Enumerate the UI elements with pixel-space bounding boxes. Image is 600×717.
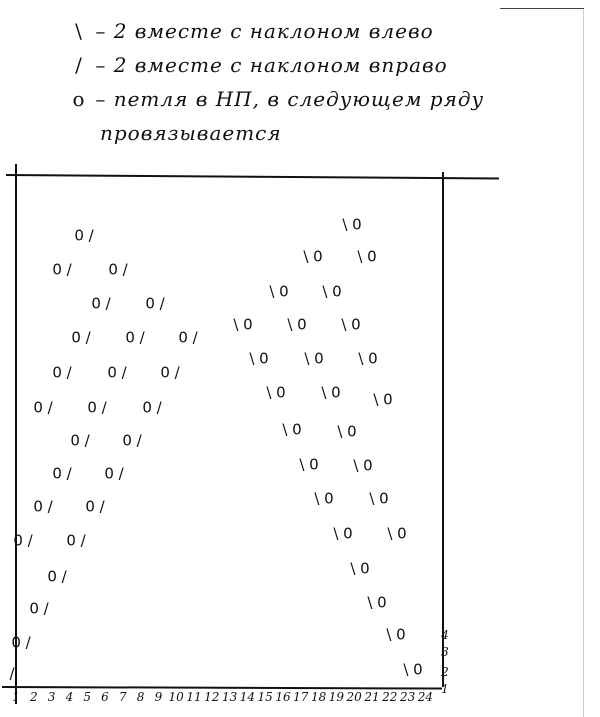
legend-item-yarn-over: о – петля в НП, в следующем ряду xyxy=(70,82,530,116)
column-number: 23 xyxy=(399,690,417,704)
page-edge xyxy=(583,8,584,717)
yarn-over-right-decrease-symbol: 0 / xyxy=(70,434,89,449)
yarn-over-right-decrease-symbol: 0 / xyxy=(142,401,161,416)
yarn-over-right-decrease-symbol: 0 / xyxy=(33,500,52,515)
legend: \ – 2 вместе с наклоном влево / – 2 вмес… xyxy=(70,14,530,150)
chart-right-border xyxy=(442,172,444,687)
left-slant-icon: \ xyxy=(70,14,88,48)
row-number: 4 xyxy=(438,628,452,642)
left-decrease-yarn-over-symbol: \ 0 xyxy=(403,663,422,678)
left-decrease-yarn-over-symbol: \ 0 xyxy=(314,492,333,507)
legend-text: – петля в НП, в следующем ряду xyxy=(95,87,484,111)
column-number: 2 xyxy=(25,690,43,704)
yarn-over-right-decrease-symbol: 0 / xyxy=(85,500,104,515)
left-decrease-yarn-over-symbol: \ 0 xyxy=(249,352,268,367)
left-decrease-yarn-over-symbol: \ 0 xyxy=(357,250,376,265)
left-decrease-yarn-over-symbol: \ 0 xyxy=(350,562,369,577)
left-decrease-yarn-over-symbol: \ 0 xyxy=(358,352,377,367)
yarn-over-right-decrease-symbol: 0 / xyxy=(71,331,90,346)
yarn-over-right-decrease-symbol: 0 / xyxy=(122,434,141,449)
legend-text: – 2 вместе с наклоном влево xyxy=(95,19,433,43)
legend-item-continuation: провязывается xyxy=(70,116,530,150)
legend-text: – 2 вместе с наклоном вправо xyxy=(95,53,447,77)
column-number: 21 xyxy=(363,690,381,704)
legend-text: провязывается xyxy=(100,121,282,145)
page-top-edge xyxy=(500,8,584,9)
left-decrease-yarn-over-symbol: \ 0 xyxy=(341,318,360,333)
column-number: 9 xyxy=(149,690,167,704)
left-decrease-yarn-over-symbol: \ 0 xyxy=(303,250,322,265)
column-number: 19 xyxy=(327,690,345,704)
yarn-over-right-decrease-symbol: / xyxy=(9,667,14,682)
yarn-over-right-decrease-symbol: 0 / xyxy=(52,263,71,278)
left-decrease-yarn-over-symbol: \ 0 xyxy=(321,386,340,401)
yarn-over-right-decrease-symbol: 0 / xyxy=(52,467,71,482)
yarn-over-right-decrease-symbol: 0 / xyxy=(33,401,52,416)
column-number: 1 xyxy=(7,690,25,704)
left-decrease-yarn-over-symbol: \ 0 xyxy=(282,423,301,438)
column-number: 11 xyxy=(185,690,203,704)
left-decrease-yarn-over-symbol: \ 0 xyxy=(337,425,356,440)
yarn-over-right-decrease-symbol: 0 / xyxy=(125,331,144,346)
yarn-over-right-decrease-symbol: 0 / xyxy=(11,636,30,651)
left-decrease-yarn-over-symbol: \ 0 xyxy=(342,218,361,233)
column-number: 12 xyxy=(203,690,221,704)
yarn-over-right-decrease-symbol: 0 / xyxy=(160,366,179,381)
yarn-over-right-decrease-symbol: 0 / xyxy=(29,602,48,617)
left-decrease-yarn-over-symbol: \ 0 xyxy=(287,318,306,333)
left-decrease-yarn-over-symbol: \ 0 xyxy=(304,352,323,367)
row-number: 3 xyxy=(438,645,452,659)
column-number: 6 xyxy=(96,690,114,704)
column-number: 17 xyxy=(292,690,310,704)
column-number: 10 xyxy=(167,690,185,704)
circle-icon: о xyxy=(70,82,88,116)
legend-item-left-decrease: \ – 2 вместе с наклоном влево xyxy=(70,14,530,48)
left-decrease-yarn-over-symbol: \ 0 xyxy=(367,596,386,611)
column-number: 15 xyxy=(256,690,274,704)
row-number: 2 xyxy=(438,665,452,679)
right-slant-icon: / xyxy=(70,48,88,82)
column-number: 20 xyxy=(345,690,363,704)
chart-left-border xyxy=(15,164,17,704)
column-number: 8 xyxy=(132,690,150,704)
column-number: 5 xyxy=(78,690,96,704)
yarn-over-right-decrease-symbol: 0 / xyxy=(104,467,123,482)
yarn-over-right-decrease-symbol: 0 / xyxy=(107,366,126,381)
column-number: 14 xyxy=(238,690,256,704)
chart-top-border xyxy=(6,174,499,179)
column-number: 24 xyxy=(416,690,434,704)
yarn-over-right-decrease-symbol: 0 / xyxy=(91,297,110,312)
left-decrease-yarn-over-symbol: \ 0 xyxy=(333,527,352,542)
left-decrease-yarn-over-symbol: \ 0 xyxy=(353,459,372,474)
column-number: 7 xyxy=(114,690,132,704)
left-decrease-yarn-over-symbol: \ 0 xyxy=(369,492,388,507)
left-decrease-yarn-over-symbol: \ 0 xyxy=(373,393,392,408)
column-number: 18 xyxy=(310,690,328,704)
yarn-over-right-decrease-symbol: 0 / xyxy=(66,534,85,549)
yarn-over-right-decrease-symbol: 0 / xyxy=(108,263,127,278)
column-number: 22 xyxy=(381,690,399,704)
yarn-over-right-decrease-symbol: 0 / xyxy=(47,570,66,585)
left-decrease-yarn-over-symbol: \ 0 xyxy=(233,318,252,333)
row-number: 1 xyxy=(438,682,452,696)
left-decrease-yarn-over-symbol: \ 0 xyxy=(269,285,288,300)
yarn-over-right-decrease-symbol: 0 / xyxy=(74,229,93,244)
column-number: 4 xyxy=(60,690,78,704)
legend-item-right-decrease: / – 2 вместе с наклоном вправо xyxy=(70,48,530,82)
left-decrease-yarn-over-symbol: \ 0 xyxy=(322,285,341,300)
yarn-over-right-decrease-symbol: 0 / xyxy=(178,331,197,346)
left-decrease-yarn-over-symbol: \ 0 xyxy=(299,458,318,473)
yarn-over-right-decrease-symbol: 0 / xyxy=(13,534,32,549)
left-decrease-yarn-over-symbol: \ 0 xyxy=(387,527,406,542)
left-decrease-yarn-over-symbol: \ 0 xyxy=(386,628,405,643)
column-number: 3 xyxy=(43,690,61,704)
column-number: 16 xyxy=(274,690,292,704)
column-number: 13 xyxy=(221,690,239,704)
yarn-over-right-decrease-symbol: 0 / xyxy=(52,366,71,381)
left-decrease-yarn-over-symbol: \ 0 xyxy=(266,386,285,401)
chart-bottom-border xyxy=(2,686,442,689)
yarn-over-right-decrease-symbol: 0 / xyxy=(145,297,164,312)
yarn-over-right-decrease-symbol: 0 / xyxy=(87,401,106,416)
